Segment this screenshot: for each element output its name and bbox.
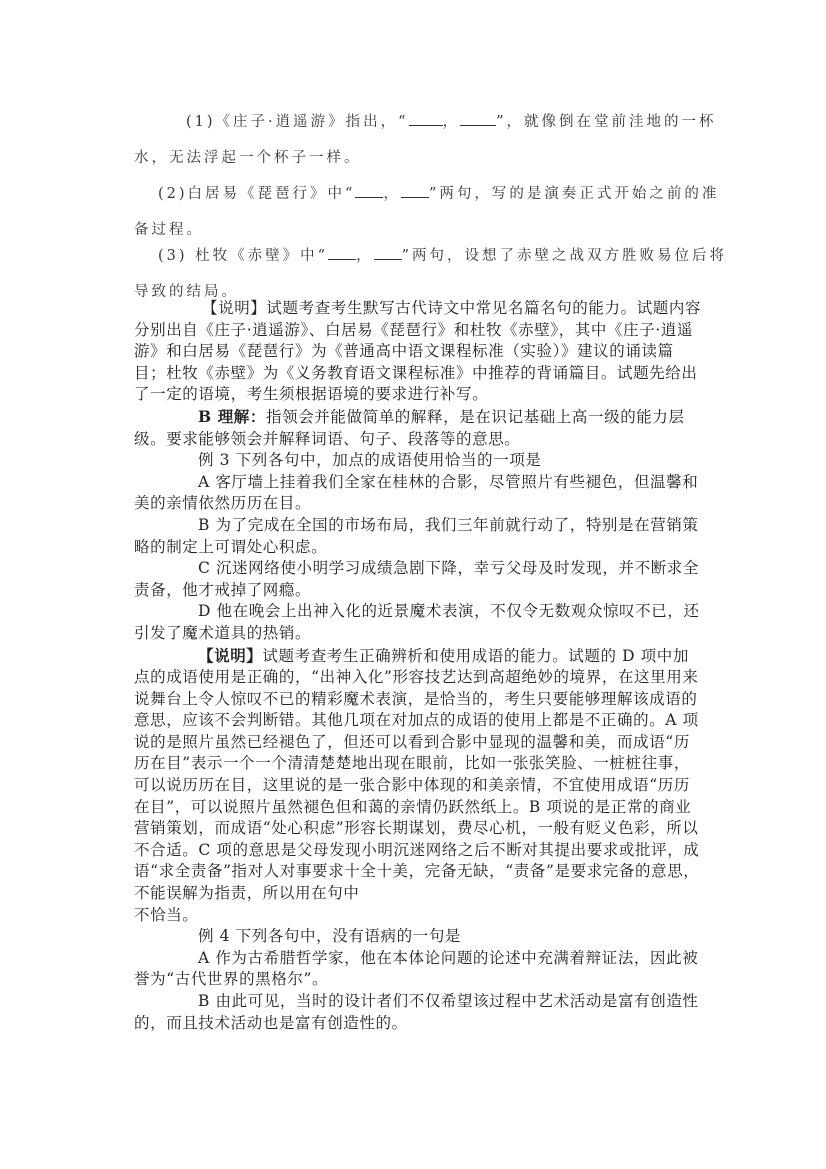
example-4-stem: 例 4 下列各句中，没有语病的一句是 bbox=[134, 926, 702, 948]
level-b-paragraph: B 理解：指领会并能做简单的解释，是在识记基础上高一级的能力层级。要求能够领会并… bbox=[134, 406, 702, 450]
explanation-text: 试题考查考生正确辨析和使用成语的能力。试题的 D 项中加点的成语使用是正确的，“… bbox=[134, 647, 699, 903]
blank-field[interactable] bbox=[460, 109, 496, 126]
example-3-option-a: A 客厅墙上挂着我们全家在桂林的合影，尽管照片有些褪色，但温馨和美的亲情依然历历… bbox=[134, 472, 702, 515]
question-text: (2)白居易《琵琶行》中“ bbox=[158, 186, 355, 202]
question-3-line-1: (3) 杜牧《赤壁》中“，”两句，设想了赤壁之战双方胜败易位后将 bbox=[134, 238, 702, 274]
question-2-line-1: (2)白居易《琵琶行》中“，”两句，写的是演奏正式开始之前的准 bbox=[134, 176, 702, 212]
explanation-label: 【说明】 bbox=[202, 299, 266, 317]
question-1: (1)《庄子·逍遥游》指出，“，”，就像倒在堂前洼地的一杯 水，无法浮起一个杯子… bbox=[134, 104, 702, 176]
question-text: ， bbox=[383, 186, 401, 202]
question-1-line-2: 水，无法浮起一个杯子一样。 bbox=[134, 140, 702, 176]
explanation-label: 【说明】 bbox=[198, 646, 262, 665]
question-text: (3) 杜牧《赤壁》中“ bbox=[158, 248, 328, 264]
blank-field[interactable] bbox=[374, 243, 402, 260]
body-text: 【说明】试题考查考生默写古代诗文中常见名篇名句的能力。试题内容分别出自《庄子·逍… bbox=[134, 298, 702, 1034]
question-text: ， bbox=[356, 248, 374, 264]
question-1-line-1: (1)《庄子·逍遥游》指出，“，”，就像倒在堂前洼地的一杯 bbox=[134, 104, 702, 140]
example-4-option-a: A 作为古希腊哲学家，他在本体论问题的论述中充满着辩证法，因此被誉为“古代世界的… bbox=[134, 948, 702, 991]
explanation-paragraph-2: 【说明】试题考查考生正确辨析和使用成语的能力。试题的 D 项中加点的成语使用是正… bbox=[134, 645, 702, 905]
question-text: 备过程。 bbox=[134, 222, 204, 238]
level-b-label: B 理解： bbox=[198, 407, 266, 426]
blank-field[interactable] bbox=[355, 181, 383, 198]
blank-field[interactable] bbox=[328, 243, 356, 260]
example-3-stem: 例 3 下列各句中，加点的成语使用恰当的一项是 bbox=[134, 450, 702, 472]
blank-field[interactable] bbox=[409, 109, 443, 126]
document-page: (1)《庄子·逍遥游》指出，“，”，就像倒在堂前洼地的一杯 水，无法浮起一个杯子… bbox=[0, 0, 826, 1169]
example-4-option-b: B 由此可见，当时的设计者们不仅希望该过程中艺术活动是富有创造性的，而且技术活动… bbox=[134, 991, 702, 1034]
question-text: (1)《庄子·逍遥游》指出，“ bbox=[186, 114, 409, 130]
explanation-tail: 不恰当。 bbox=[134, 905, 702, 927]
blank-field[interactable] bbox=[401, 181, 429, 198]
question-text: ”，就像倒在堂前洼地的一杯 bbox=[496, 114, 716, 130]
question-text: ”两句，写的是演奏正式开始之前的准 bbox=[429, 186, 719, 202]
example-3-option-c: C 沉迷网络使小明学习成绩急剧下降，幸亏父母及时发现，并不断求全责备，他才戒掉了… bbox=[134, 558, 702, 601]
explanation-paragraph-1: 【说明】试题考查考生默写古代诗文中常见名篇名句的能力。试题内容分别出自《庄子·逍… bbox=[134, 298, 702, 406]
question-text: ”两句，设想了赤壁之战双方胜败易位后将 bbox=[402, 248, 727, 264]
example-3-option-b: B 为了完成在全国的市场布局，我们三年前就行动了，特别是在营销策略的制定上可谓处… bbox=[134, 515, 702, 558]
question-text: ， bbox=[443, 114, 461, 130]
example-3-option-d: D 他在晚会上出神入化的近景魔术表演，不仅令无数观众惊叹不已，还引发了魔术道具的… bbox=[134, 601, 702, 644]
question-text: 水，无法浮起一个杯子一样。 bbox=[134, 150, 362, 166]
